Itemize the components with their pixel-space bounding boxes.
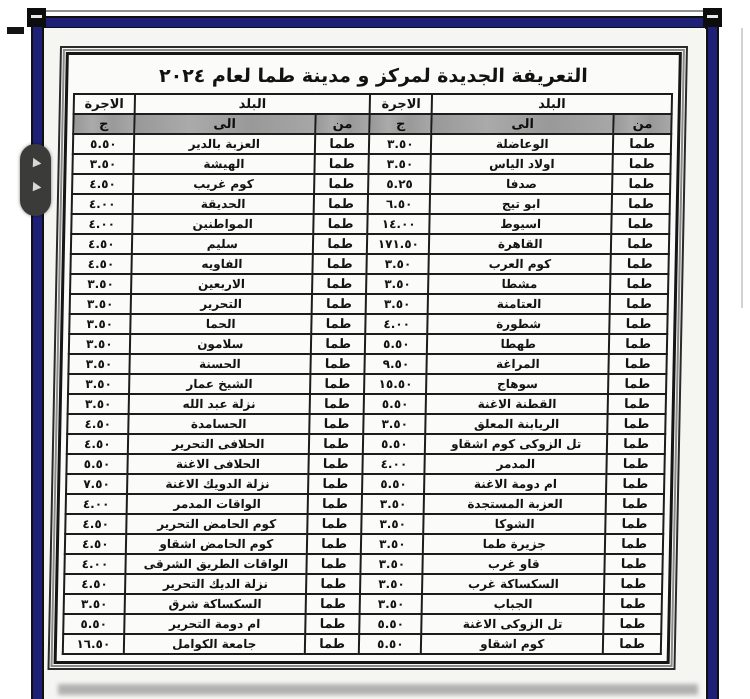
to-cell: نزلة الدويك الاغنة — [127, 474, 309, 494]
fare-cell: ٣.٥٠ — [72, 154, 133, 174]
fare-table-body: طما الوعاضلة ٣.٥٠ طما العزبة بالدير ٥.٥٠… — [63, 134, 671, 654]
to-cell: اسيوط — [429, 214, 612, 234]
from-cell: طما — [305, 614, 360, 634]
to-cell: المواطنين — [132, 214, 314, 234]
to-cell: مشطا — [428, 274, 611, 294]
fare-cell: ٧.٥٠ — [66, 474, 127, 494]
to-cell: القطنة الاغنة — [426, 394, 609, 414]
table-row: طما المدمر ٤.٠٠ طما الحلافى الاغنة ٥.٥٠ — [66, 454, 664, 474]
fare-cell: ٩.٥٠ — [365, 354, 427, 374]
to-cell: الواقات الطريق الشرقى — [125, 554, 307, 574]
fare-cell: ٤.٥٠ — [65, 534, 126, 554]
fare-group-header-right: الاجرة — [370, 94, 432, 114]
margin-dash-mark — [7, 27, 24, 34]
sheet-outer-border: التعريفة الجديدة لمركز و مدينة طما لعام … — [47, 46, 688, 670]
to-cell: الحما — [130, 314, 312, 334]
from-cell: طما — [305, 634, 360, 654]
fare-cell: ٣.٥٠ — [367, 274, 429, 294]
to-header-right: الى — [431, 114, 614, 134]
table-row: طما تل الزوكى كوم اشقاو ٥.٥٠ طما الحلافى… — [67, 434, 665, 454]
fare-cell: ٣.٥٠ — [70, 294, 131, 314]
table-row: طما الوعاضلة ٣.٥٠ طما العزبة بالدير ٥.٥٠ — [73, 134, 671, 154]
fare-cell: ٣.٥٠ — [362, 494, 424, 514]
fare-cell: ٥.٥٠ — [63, 614, 124, 634]
fare-cell: ٤.٥٠ — [67, 434, 128, 454]
table-row: طما شطورة ٤.٠٠ طما الحما ٣.٥٠ — [69, 314, 667, 334]
to-cell: السكساكة غرب — [422, 574, 605, 594]
fare-cell: ٥.٥٠ — [66, 454, 127, 474]
sub-header-row: من الى ج من الى ج — [73, 114, 671, 134]
from-cell: طما — [307, 494, 362, 514]
to-cell: المدمر — [425, 454, 608, 474]
scan-bottom-shadow — [58, 684, 698, 695]
fare-cell: ٤.٠٠ — [64, 554, 125, 574]
fare-cell: ٣.٥٠ — [360, 594, 422, 614]
to-cell: الحديقة — [132, 194, 314, 214]
table-row: طما العزبة المستجدة ٣.٥٠ طما الواقات الم… — [66, 494, 664, 514]
fare-cell: ٥.٥٠ — [364, 394, 426, 414]
table-row: طما قاو غرب ٣.٥٠ طما الواقات الطريق الشر… — [64, 554, 662, 574]
fare-cell: ٦.٥٠ — [368, 194, 430, 214]
to-cell: الهيشة — [133, 154, 315, 174]
table-row: طما الشوكا ٣.٥٠ طما كوم الحامض التحرير ٤… — [65, 514, 663, 534]
frame-corner-ornament-right — [703, 8, 722, 27]
fare-cell: ٣.٥٠ — [367, 254, 429, 274]
fare-cell: ٣.٥٠ — [69, 334, 130, 354]
fare-cell: ٣.٥٠ — [360, 574, 422, 594]
from-cell: طما — [314, 154, 369, 174]
table-row: طما ابو تيج ٦.٥٠ طما الحديقة ٤.٠٠ — [72, 194, 670, 214]
to-cell: سلامون — [130, 334, 312, 354]
from-cell: طما — [309, 394, 364, 414]
to-cell: الفاويه — [131, 254, 313, 274]
table-row: طما تل الزوكى الاغنة ٥.٥٠ طما ام دومة ال… — [63, 614, 661, 634]
to-cell: الحسنة — [129, 354, 311, 374]
to-cell: صدفا — [430, 174, 613, 194]
from-cell: طما — [611, 254, 669, 274]
to-cell: نزلة الديك التحرير — [125, 574, 307, 594]
side-clip-ornament — [20, 144, 51, 216]
from-cell: طما — [309, 414, 364, 434]
from-cell: طما — [609, 334, 667, 354]
table-row: طما العتامنة ٣.٥٠ طما التحرير ٣.٥٠ — [70, 294, 668, 314]
to-cell: طهطا — [427, 334, 610, 354]
from-cell: طما — [604, 574, 662, 594]
place-group-header-right: البلد — [432, 94, 672, 114]
from-cell: طما — [308, 474, 363, 494]
fare-cell: ٤.٥٠ — [65, 514, 126, 534]
fare-cell: ٤.٠٠ — [71, 214, 132, 234]
to-cell: اولاد الياس — [431, 154, 614, 174]
chevron-icon — [29, 182, 42, 194]
from-cell: طما — [306, 554, 361, 574]
to-cell: تل الزوكى كوم اشقاو — [425, 434, 608, 454]
from-cell: طما — [612, 214, 670, 234]
table-row: طما سوهاج ١٥.٥٠ طما الشيخ عمار ٣.٥٠ — [68, 374, 666, 394]
from-cell: طما — [607, 434, 665, 454]
place-group-header-left: البلد — [134, 94, 370, 114]
from-cell: طما — [313, 214, 368, 234]
fare-cell: ٤.٠٠ — [366, 314, 428, 334]
from-cell: طما — [312, 254, 367, 274]
from-cell: طما — [311, 314, 366, 334]
to-cell: الشيخ عمار — [129, 374, 311, 394]
to-cell: الوعاضلة — [431, 134, 614, 154]
to-cell: الشوكا — [423, 514, 606, 534]
from-cell: طما — [312, 274, 367, 294]
fare-cell: ٤.٠٠ — [363, 454, 425, 474]
to-cell: قاو غرب — [423, 554, 606, 574]
to-cell: شطورة — [427, 314, 610, 334]
fare-cell: ٣.٥٠ — [361, 554, 423, 574]
from-cell: طما — [604, 594, 662, 614]
fare-cell: ١٥.٥٠ — [364, 374, 426, 394]
fare-cell: ٤.٥٠ — [71, 234, 132, 254]
from-cell: طما — [604, 614, 662, 634]
table-row: طما القاهرة ١٧١.٥٠ طما سليم ٤.٥٠ — [71, 234, 669, 254]
from-cell: طما — [310, 374, 365, 394]
table-row: طما المراغة ٩.٥٠ طما الحسنة ٣.٥٠ — [68, 354, 666, 374]
to-cell: كوم العرب — [429, 254, 612, 274]
from-cell: طما — [311, 334, 366, 354]
to-cell: الجباب — [422, 594, 605, 614]
table-row: طما صدفا ٥.٢٥ طما كوم غريب ٤.٥٠ — [72, 174, 670, 194]
tariff-sheet: التعريفة الجديدة لمركز و مدينة طما لعام … — [47, 46, 688, 670]
fare-cell: ٣.٥٠ — [68, 394, 129, 414]
fare-cell: ٣.٥٠ — [64, 594, 125, 614]
to-cell: العزبة المستجدة — [424, 494, 607, 514]
fare-cell: ٣.٥٠ — [369, 154, 431, 174]
fare-cell: ٣.٥٠ — [361, 534, 423, 554]
from-cell: طما — [607, 454, 665, 474]
fare-cell: ٤.٥٠ — [67, 414, 128, 434]
to-cell: جامعة الكوامل — [124, 634, 306, 654]
fare-cell: ٣.٥٠ — [69, 314, 130, 334]
to-cell: التحرير — [130, 294, 312, 314]
from-cell: طما — [606, 494, 664, 514]
from-cell: طما — [608, 414, 666, 434]
from-cell: طما — [613, 134, 671, 154]
fare-unit-header-right: ج — [370, 114, 432, 134]
to-cell: ابو تيج — [430, 194, 613, 214]
table-row: طما كوم اشقاو ٥.٥٠ طما جامعة الكوامل ١٦.… — [63, 634, 661, 654]
from-cell: طما — [307, 534, 362, 554]
from-cell: طما — [306, 574, 361, 594]
fare-table-head: البلد الاجرة البلد الاجرة من الى ج من ال… — [73, 94, 672, 134]
to-cell: كوم الحامض التحرير — [126, 514, 308, 534]
from-cell: طما — [608, 394, 666, 414]
from-cell: طما — [311, 294, 366, 314]
fare-cell: ٤.٥٠ — [70, 254, 131, 274]
from-cell: طما — [305, 594, 360, 614]
table-row: طما طهطا ٥.٥٠ طما سلامون ٣.٥٠ — [69, 334, 667, 354]
from-cell: طما — [309, 434, 364, 454]
to-cell: كوم اشقاو — [421, 634, 604, 654]
table-row: طما الجباب ٣.٥٠ طما السكساكة شرق ٣.٥٠ — [64, 594, 662, 614]
from-cell: طما — [313, 234, 368, 254]
from-cell: طما — [310, 354, 365, 374]
from-cell: طما — [612, 174, 670, 194]
from-cell: طما — [606, 474, 664, 494]
table-row: طما كوم العرب ٣.٥٠ طما الفاويه ٤.٥٠ — [70, 254, 668, 274]
fare-cell: ١٤.٠٠ — [368, 214, 430, 234]
to-cell: الحلافى التحرير — [128, 434, 310, 454]
table-row: طما اسيوط ١٤.٠٠ طما المواطنين ٤.٠٠ — [71, 214, 669, 234]
from-cell: طما — [605, 554, 663, 574]
to-cell: سليم — [132, 234, 314, 254]
to-cell: القاهرة — [429, 234, 612, 254]
fare-cell: ٤.٥٠ — [64, 574, 125, 594]
fare-group-header-left: الاجرة — [74, 94, 135, 114]
from-cell: طما — [605, 534, 663, 554]
fare-cell: ٣.٥٠ — [70, 274, 131, 294]
from-cell: طما — [307, 514, 362, 534]
scan-edge-line — [741, 28, 743, 308]
frame-right-bar — [706, 16, 719, 699]
fare-cell: ٣.٥٠ — [68, 374, 129, 394]
to-cell: جزيرة طما — [423, 534, 606, 554]
from-header-right: من — [614, 114, 672, 134]
from-header-left: من — [315, 114, 370, 134]
to-cell: الواقات المدمر — [126, 494, 308, 514]
to-cell: العتامنة — [428, 294, 611, 314]
from-cell: طما — [610, 274, 668, 294]
from-cell: طما — [610, 294, 668, 314]
fare-cell: ٤.٥٠ — [72, 174, 133, 194]
frame-corner-ornament-left — [27, 8, 46, 27]
to-cell: نزلة عبد الله — [128, 394, 310, 414]
fare-cell: ٥.٥٠ — [365, 334, 427, 354]
table-row: طما ام دومة الاغنة ٥.٥٠ طما نزلة الدويك … — [66, 474, 664, 494]
from-cell: طما — [314, 174, 369, 194]
table-row: طما اولاد الياس ٣.٥٠ طما الهيشة ٣.٥٠ — [72, 154, 670, 174]
fare-cell: ٤.٠٠ — [72, 194, 133, 214]
table-row: طما مشطا ٣.٥٠ طما الاربعين ٣.٥٠ — [70, 274, 668, 294]
fare-cell: ١٦.٥٠ — [63, 634, 124, 654]
table-row: طما جزيرة طما ٣.٥٠ طما كوم الحامض اشقاو … — [65, 534, 663, 554]
fare-cell: ١٧١.٥٠ — [367, 234, 429, 254]
fare-cell: ٣.٥٠ — [362, 514, 424, 534]
fare-cell: ٥.٥٠ — [359, 634, 421, 654]
to-cell: العزبة بالدير — [134, 134, 316, 154]
from-cell: طما — [613, 154, 671, 174]
fare-cell: ٥.٢٥ — [369, 174, 431, 194]
to-cell: الحلافى الاغنة — [127, 454, 309, 474]
fare-cell: ٣.٥٠ — [366, 294, 428, 314]
to-header-left: الى — [134, 114, 316, 134]
from-cell: طما — [611, 234, 669, 254]
from-cell: طما — [606, 514, 664, 534]
fare-cell: ٣.٥٠ — [68, 354, 129, 374]
to-cell: ام دومة الاغنة — [424, 474, 607, 494]
from-cell: طما — [603, 634, 661, 654]
table-row: طما القطنة الاغنة ٥.٥٠ طما نزلة عبد الله… — [68, 394, 666, 414]
document-title: التعريفة الجديدة لمركز و مدينة طما لعام … — [73, 58, 674, 93]
to-cell: تل الزوكى الاغنة — [421, 614, 604, 634]
fare-unit-header-left: ج — [73, 114, 134, 134]
frame-left-bar — [31, 16, 44, 699]
fare-cell: ٥.٥٠ — [360, 614, 422, 634]
group-header-row: البلد الاجرة البلد الاجرة — [74, 94, 672, 114]
fare-cell: ٥.٥٠ — [362, 474, 424, 494]
fare-cell: ٣.٥٠ — [364, 414, 426, 434]
to-cell: كوم الحامض اشقاو — [126, 534, 308, 554]
to-cell: الحسامدة — [128, 414, 310, 434]
from-cell: طما — [610, 314, 668, 334]
fare-table: البلد الاجرة البلد الاجرة من الى ج من ال… — [62, 93, 673, 655]
from-cell: طما — [315, 134, 370, 154]
from-cell: طما — [609, 354, 667, 374]
table-row: طما السكساكة غرب ٣.٥٠ طما نزلة الديك الت… — [64, 574, 662, 594]
to-cell: السكساكة شرق — [124, 594, 306, 614]
fare-cell: ٤.٠٠ — [66, 494, 127, 514]
table-row: طما الريابنة المعلق ٣.٥٠ طما الحسامدة ٤.… — [67, 414, 665, 434]
from-cell: طما — [308, 454, 363, 474]
frame-top-hairline — [34, 10, 716, 12]
chevron-icon — [29, 158, 42, 170]
from-cell: طما — [313, 194, 368, 214]
sheet-mid-border: التعريفة الجديدة لمركز و مدينة طما لعام … — [51, 49, 685, 667]
sheet-inner-border: التعريفة الجديدة لمركز و مدينة طما لعام … — [54, 52, 682, 664]
to-cell: الاربعين — [131, 274, 313, 294]
fare-cell: ٥.٥٠ — [73, 134, 134, 154]
from-cell: طما — [608, 374, 666, 394]
to-cell: سوهاج — [426, 374, 609, 394]
from-cell: طما — [612, 194, 670, 214]
to-cell: الريابنة المعلق — [425, 414, 608, 434]
fare-cell: ٥.٥٠ — [363, 434, 425, 454]
to-cell: ام دومة التحرير — [124, 614, 306, 634]
to-cell: المراغة — [427, 354, 610, 374]
fare-cell: ٣.٥٠ — [369, 134, 431, 154]
to-cell: كوم غريب — [133, 174, 315, 194]
